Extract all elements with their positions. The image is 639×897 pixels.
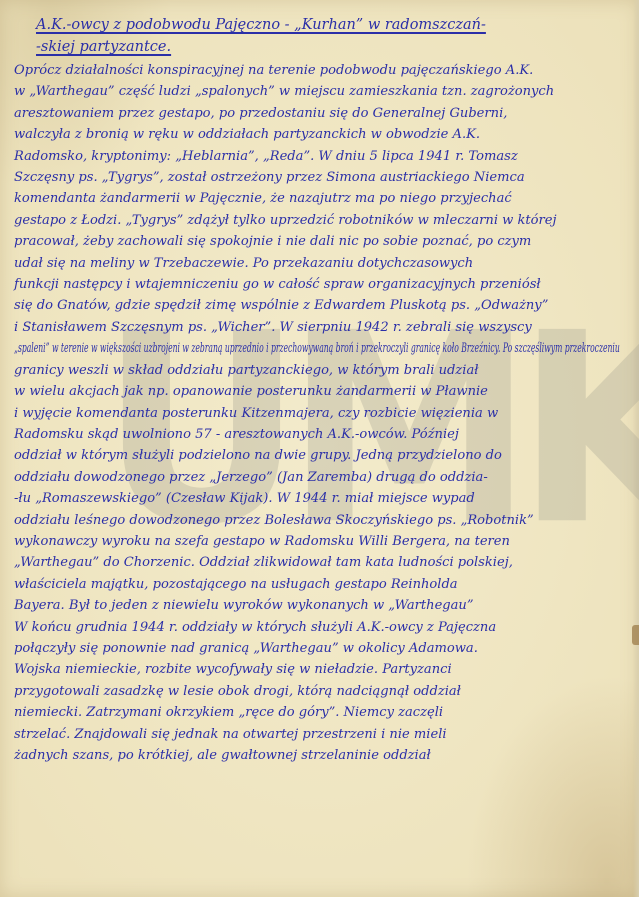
text-line: W końcu grudnia 1944 r. oddziały w który… <box>14 617 620 638</box>
text-line: Bayera. Był to jeden z niewielu wyroków … <box>14 595 620 616</box>
text-line: aresztowaniem przez gestapo, po przedost… <box>14 103 620 124</box>
text-line: strzelać. Znajdowali się jednak na otwar… <box>14 724 620 745</box>
text-line: -łu „Romaszewskiego” (Czesław Kijak). W … <box>14 488 620 509</box>
text-line: pracował, żeby zachowali się spokojnie i… <box>14 231 620 252</box>
text-line: walczyła z bronią w ręku w oddziałach pa… <box>14 124 620 145</box>
text-line: gestapo z Łodzi. „Tygrys” zdążył tylko u… <box>14 210 620 231</box>
text-line: Szczęsny ps. „Tygrys”, został ostrzeżony… <box>14 167 620 188</box>
text-line: Oprócz działalności konspiracyjnej na te… <box>14 60 620 81</box>
text-line: się do Gnatów, gdzie spędził zimę wspóln… <box>14 295 620 316</box>
text-line: połączyły się ponownie nad granicą „Wart… <box>14 638 620 659</box>
text-line: Wojska niemieckie, rozbite wycofywały si… <box>14 659 620 680</box>
text-line: udał się na meliny w Trzebaczewie. Po pr… <box>14 253 620 274</box>
document-title-line-1: A.K.-owcy z podobwodu Pajęczno - „Kurhan… <box>14 14 626 36</box>
text-line: funkcji następcy i wtajemniczeniu go w c… <box>14 274 620 295</box>
handwritten-document: A.K.-owcy z podobwodu Pajęczno - „Kurhan… <box>14 14 626 766</box>
text-line: Radomsku skąd uwolniono 57 - aresztowany… <box>14 424 620 445</box>
text-line: niemiecki. Zatrzymani okrzykiem „ręce do… <box>14 702 620 723</box>
text-line: granicy weszli w skład oddziału partyzan… <box>14 360 620 381</box>
text-line: żadnych szans, po krótkiej, ale gwałtown… <box>14 745 620 766</box>
text-line: „spaleni” w terenie w większości uzbroje… <box>14 338 368 359</box>
text-line: przygotowali zasadzkę w lesie obok drogi… <box>14 681 620 702</box>
text-line: oddziału dowodzonego przez „Jerzego” (Ja… <box>14 467 620 488</box>
text-line: wykonawczy wyroku na szefa gestapo w Rad… <box>14 531 620 552</box>
text-line: komendanta żandarmerii w Pajęcznie, że n… <box>14 188 620 209</box>
paper-stain <box>632 625 639 645</box>
text-line: oddziału leśnego dowodzonego przez Boles… <box>14 510 620 531</box>
document-title-line-2: -skiej partyzantce. <box>14 36 626 58</box>
text-line: w wielu akcjach jak np. opanowanie poste… <box>14 381 620 402</box>
text-line: „Warthegau” do Chorzenic. Oddział zlikwi… <box>14 552 620 573</box>
text-line: Radomsko, kryptonimy: „Heblarnia”, „Reda… <box>14 146 620 167</box>
text-line: właściciela majątku, pozostającego na us… <box>14 574 620 595</box>
text-line: i Stanisławem Szczęsnym ps. „Wicher”. W … <box>14 317 620 338</box>
text-line: w „Warthegau” część ludzi „spalonych” w … <box>14 81 620 102</box>
document-body: Oprócz działalności konspiracyjnej na te… <box>14 60 626 766</box>
text-line: oddział w którym służyli podzielono na d… <box>14 445 620 466</box>
paper-edge <box>633 0 639 897</box>
text-line: i wyjęcie komendanta posterunku Kitzenma… <box>14 403 620 424</box>
